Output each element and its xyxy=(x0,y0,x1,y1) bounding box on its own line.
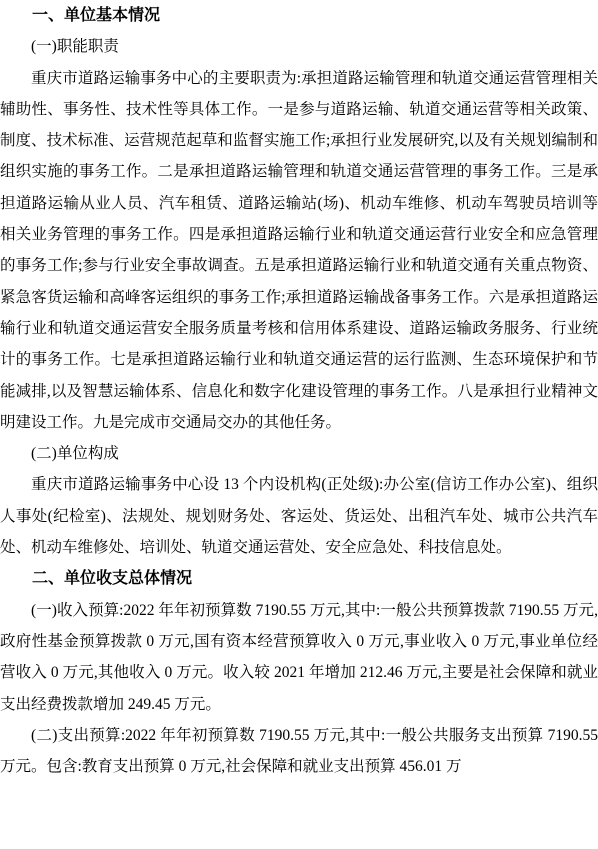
document-page: 一、单位基本情况 (一)职能职责 重庆市道路运输事务中心的主要职责为:承担道路运… xyxy=(0,0,598,782)
section-heading-basic-info: 一、单位基本情况 xyxy=(0,0,598,31)
subsection-heading-composition: (二)单位构成 xyxy=(0,438,598,469)
paragraph-composition: 重庆市道路运输事务中心设 13 个内设机构(正处级):办公室(信访工作办公室)、… xyxy=(0,469,598,563)
paragraph-duties: 重庆市道路运输事务中心的主要职责为:承担道路运输管理和轨道交通运营管理相关辅助性… xyxy=(0,63,598,439)
paragraph-expenditure-budget: (二)支出预算:2022 年年初预算数 7190.55 万元,其中:一般公共服务… xyxy=(0,720,598,783)
paragraph-revenue-budget: (一)收入预算:2022 年年初预算数 7190.55 万元,其中:一般公共预算… xyxy=(0,595,598,720)
section-heading-budget-overview: 二、单位收支总体情况 xyxy=(0,563,598,594)
subsection-heading-duties: (一)职能职责 xyxy=(0,31,598,62)
